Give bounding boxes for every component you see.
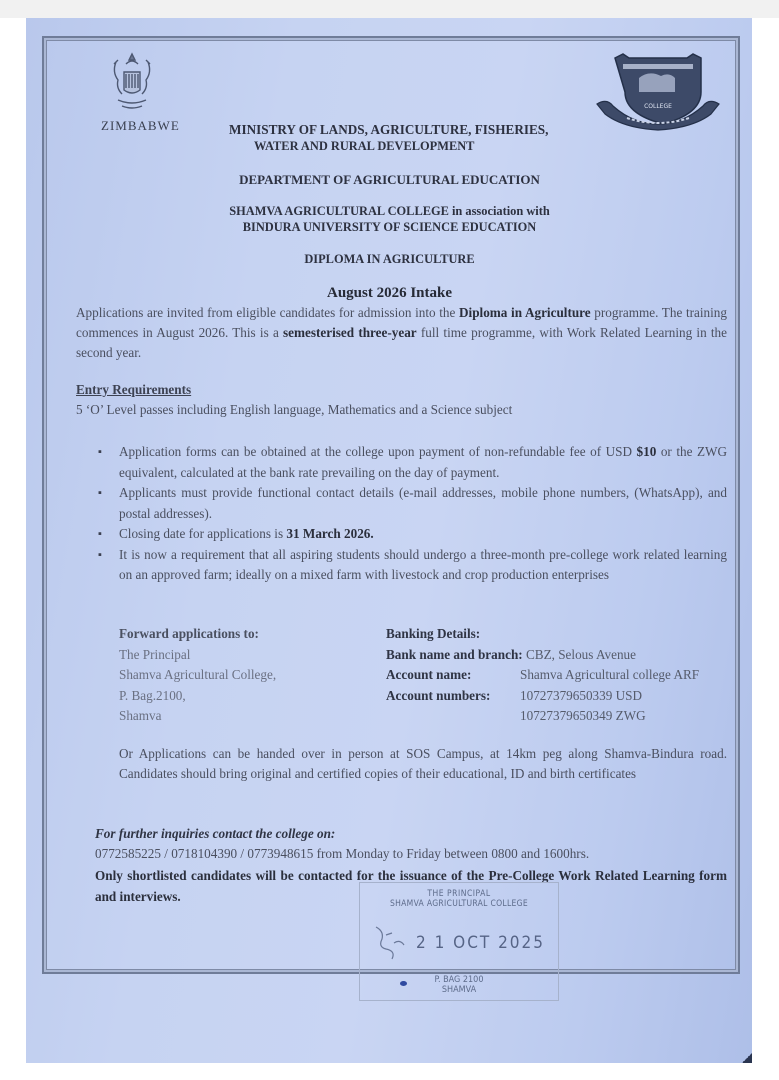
stamp-line-2: SHAMVA AGRICULTURAL COLLEGE <box>360 899 558 909</box>
account-number-usd: 10727379650339 USD <box>520 688 642 703</box>
list-item: Application forms can be obtained at the… <box>99 442 727 483</box>
intro-text-1: Applications are invited from eligible c… <box>76 305 459 320</box>
stamp-line-4: SHAMVA <box>360 985 558 995</box>
viewer-top-bar <box>0 0 779 18</box>
banking-details-block: Banking Details: Bank name and branch: C… <box>386 624 736 727</box>
svg-text:COLLEGE: COLLEGE <box>644 103 672 110</box>
forward-heading: Forward applications to: <box>119 624 259 645</box>
contact-phones: 0772585225 / 0718104390 / 0773948615 fro… <box>95 846 589 862</box>
college-line-2: BINDURA UNIVERSITY OF SCIENCE EDUCATION <box>0 220 779 235</box>
college-date-stamp: THE PRINCIPAL SHAMVA AGRICULTURAL COLLEG… <box>359 882 559 1001</box>
programme-title: DIPLOMA IN AGRICULTURE <box>0 252 779 267</box>
stamp-line-3: P. BAG 2100 <box>360 975 558 985</box>
college-crest-icon: COLLEGE <box>593 48 723 132</box>
intake-title: August 2026 Intake <box>0 285 779 302</box>
account-numbers-label: Account numbers: <box>386 686 520 707</box>
ink-dot <box>400 981 407 986</box>
stamp-date: 2 1 OCT 2025 <box>416 933 545 953</box>
ministry-line-2: WATER AND RURAL DEVELOPMENT <box>254 139 474 154</box>
address-line: The Principal <box>119 645 276 666</box>
ministry-line-1: MINISTRY OF LANDS, AGRICULTURE, FISHERIE… <box>229 122 548 138</box>
address-line: Shamva Agricultural College, <box>119 665 276 686</box>
bank-value: CBZ, Selous Avenue <box>526 647 636 662</box>
banking-heading: Banking Details: <box>386 624 480 645</box>
account-name-label: Account name: <box>386 665 520 686</box>
address-line: Shamva <box>119 706 276 727</box>
college-line-1: SHAMVA AGRICULTURAL COLLEGE in associati… <box>0 204 779 219</box>
account-number-zwg: 10727379650349 ZWG <box>520 708 646 723</box>
signature-icon <box>372 921 410 961</box>
zimbabwe-coat-of-arms-icon <box>106 50 158 114</box>
intro-paragraph: Applications are invited from eligible c… <box>76 303 727 363</box>
forward-applications-block: Forward applications to: The Principal S… <box>119 624 276 727</box>
list-item: Applicants must provide functional conta… <box>99 483 727 524</box>
bank-label: Bank name and branch: <box>386 645 523 666</box>
list-item: It is now a requirement that all aspirin… <box>99 545 727 586</box>
entry-requirements-heading: Entry Requirements <box>76 382 191 398</box>
intro-bold-duration: semesterised three-year <box>283 325 417 340</box>
inquiries-heading: For further inquiries contact the colleg… <box>95 826 335 842</box>
list-item: Closing date for applications is 31 Marc… <box>99 524 727 545</box>
department-title: DEPARTMENT OF AGRICULTURAL EDUCATION <box>0 172 779 188</box>
stamp-line-1: THE PRINCIPAL <box>360 889 558 899</box>
account-name-value: Shamva Agricultural college ARF <box>520 667 699 682</box>
country-label: ZIMBABWE <box>101 118 180 134</box>
requirements-list: Application forms can be obtained at the… <box>99 442 727 586</box>
intro-bold-programme: Diploma in Agriculture <box>459 305 591 320</box>
in-person-paragraph: Or Applications can be handed over in pe… <box>119 744 727 784</box>
address-line: P. Bag.2100, <box>119 686 276 707</box>
entry-requirements-text: 5 ‘O’ Level passes including English lan… <box>76 402 512 418</box>
